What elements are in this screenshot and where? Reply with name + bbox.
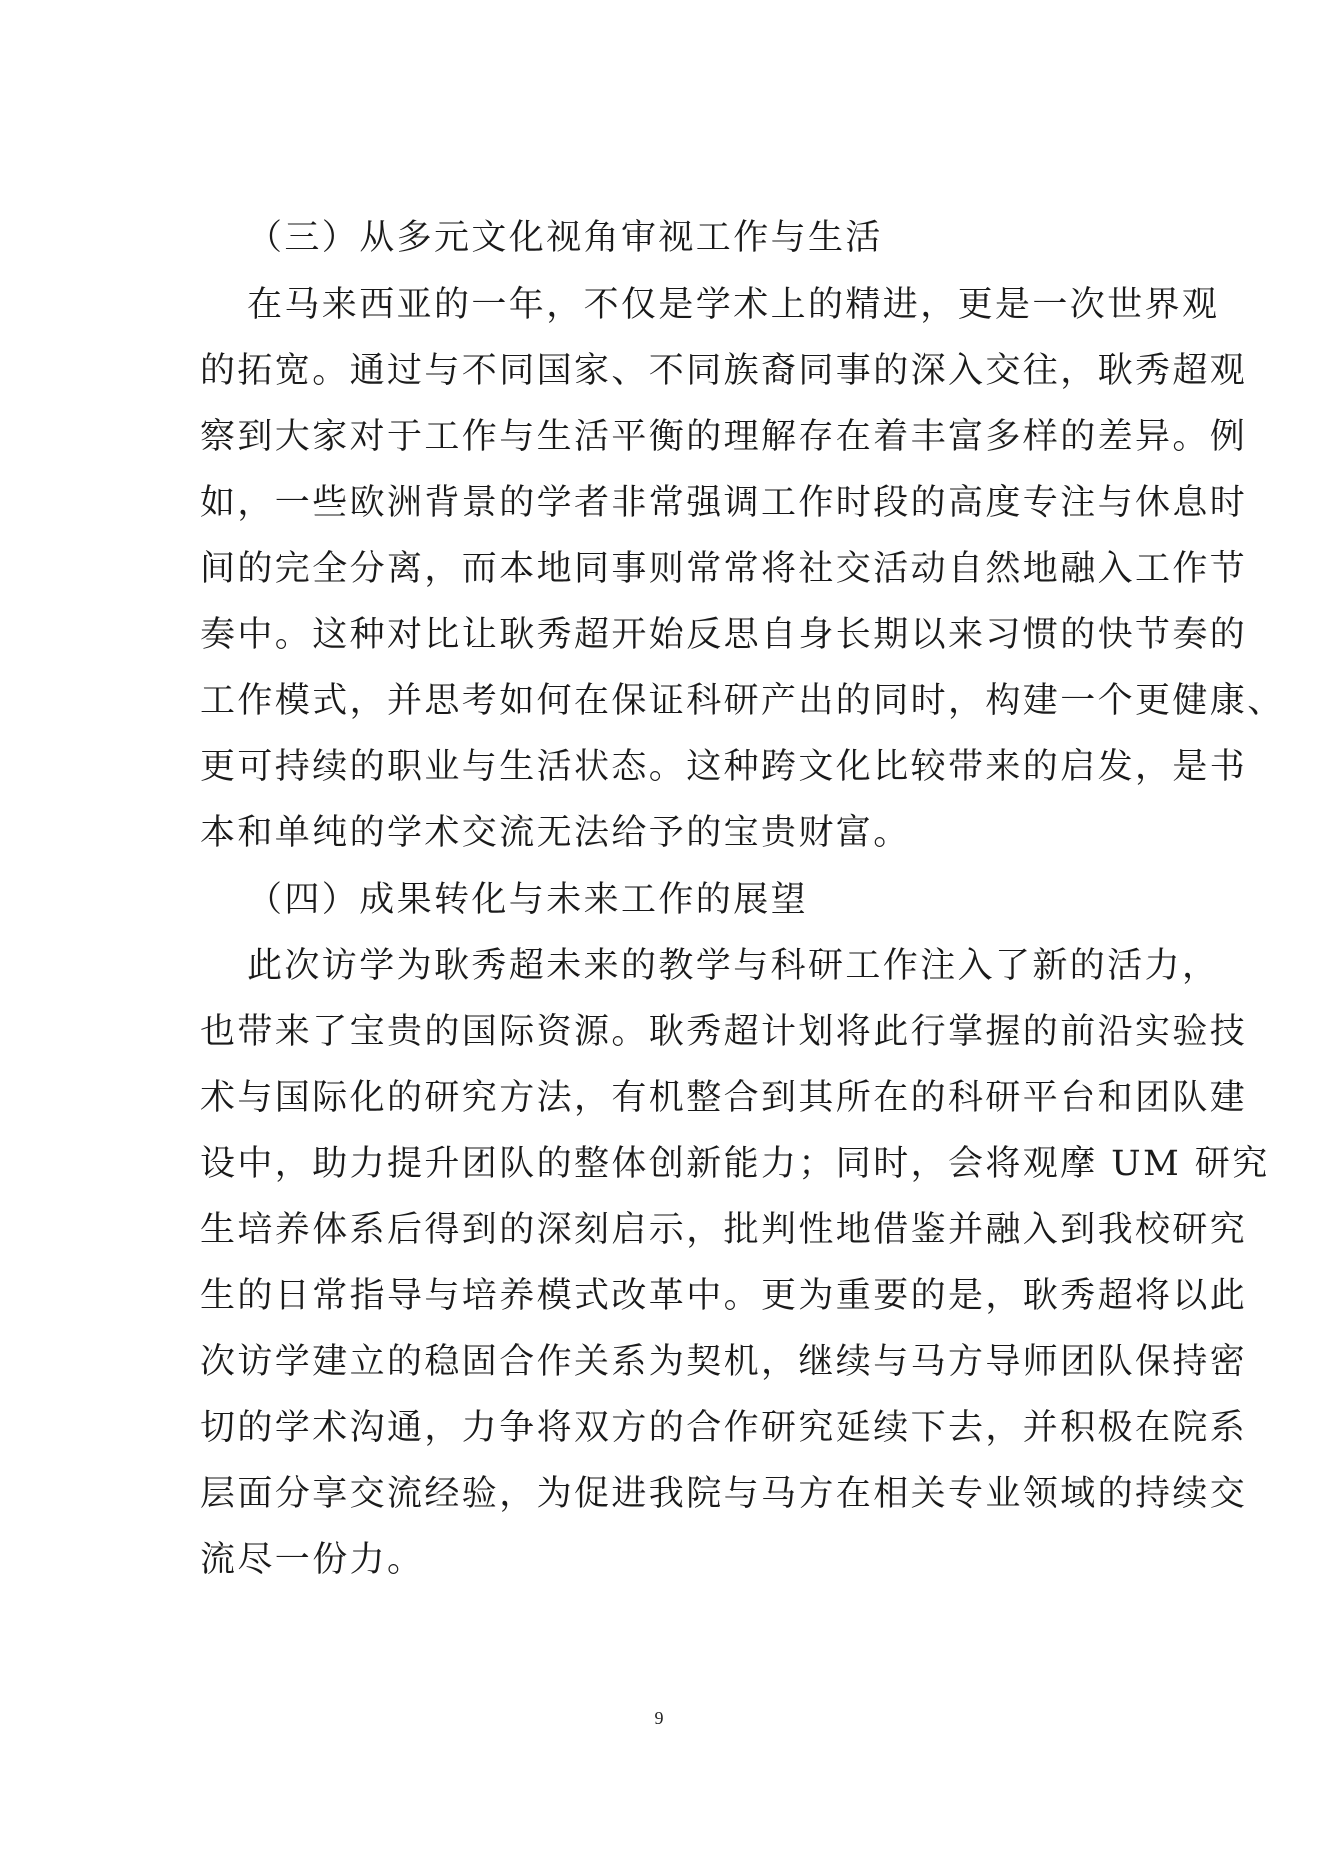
document-page: （三）从多元文化视角审视工作与生活 在马来西亚的一年，不仅是学术上的精进，更是一… bbox=[0, 0, 1318, 1876]
paragraph-line: 生培养体系后得到的深刻启示，批判性地借鉴并融入到我校研究 bbox=[200, 1210, 1160, 1250]
paragraph-line: 切的学术沟通，力争将双方的合作研究延续下去，并积极在院系 bbox=[200, 1408, 1160, 1448]
paragraph-line: 也带来了宝贵的国际资源。耿秀超计划将此行掌握的前沿实验技 bbox=[200, 1012, 1160, 1052]
page-number: 9 bbox=[0, 1708, 1318, 1729]
paragraph-line: 本和单纯的学术交流无法给予的宝贵财富。 bbox=[200, 813, 1160, 853]
section-heading-4: （四）成果转化与未来工作的展望 bbox=[247, 880, 1207, 920]
paragraph-line: 此次访学为耿秀超未来的教学与科研工作注入了新的活力， bbox=[247, 946, 1207, 986]
paragraph-line: 次访学建立的稳固合作关系为契机，继续与马方导师团队保持密 bbox=[200, 1342, 1160, 1382]
paragraph-line: 设中，助力提升团队的整体创新能力；同时，会将观摩 UM 研究 bbox=[200, 1144, 1160, 1184]
paragraph-line: 在马来西亚的一年，不仅是学术上的精进，更是一次世界观 bbox=[247, 285, 1207, 325]
paragraph-line: 工作模式，并思考如何在保证科研产出的同时，构建一个更健康、 bbox=[200, 681, 1160, 721]
paragraph-line: 奏中。这种对比让耿秀超开始反思自身长期以来习惯的快节奏的 bbox=[200, 615, 1160, 655]
paragraph-line: 察到大家对于工作与生活平衡的理解存在着丰富多样的差异。例 bbox=[200, 417, 1160, 457]
paragraph-line: 更可持续的职业与生活状态。这种跨文化比较带来的启发，是书 bbox=[200, 747, 1160, 787]
paragraph-line: 间的完全分离，而本地同事则常常将社交活动自然地融入工作节 bbox=[200, 549, 1160, 589]
paragraph-line: 的拓宽。通过与不同国家、不同族裔同事的深入交往，耿秀超观 bbox=[200, 351, 1160, 391]
section-heading-3: （三）从多元文化视角审视工作与生活 bbox=[247, 218, 1207, 258]
paragraph-line: 层面分享交流经验，为促进我院与马方在相关专业领域的持续交 bbox=[200, 1474, 1160, 1514]
paragraph-line: 流尽一份力。 bbox=[200, 1540, 1160, 1580]
paragraph-line: 术与国际化的研究方法，有机整合到其所在的科研平台和团队建 bbox=[200, 1078, 1160, 1118]
paragraph-line: 如，一些欧洲背景的学者非常强调工作时段的高度专注与休息时 bbox=[200, 483, 1160, 523]
paragraph-line: 生的日常指导与培养模式改革中。更为重要的是，耿秀超将以此 bbox=[200, 1276, 1160, 1316]
